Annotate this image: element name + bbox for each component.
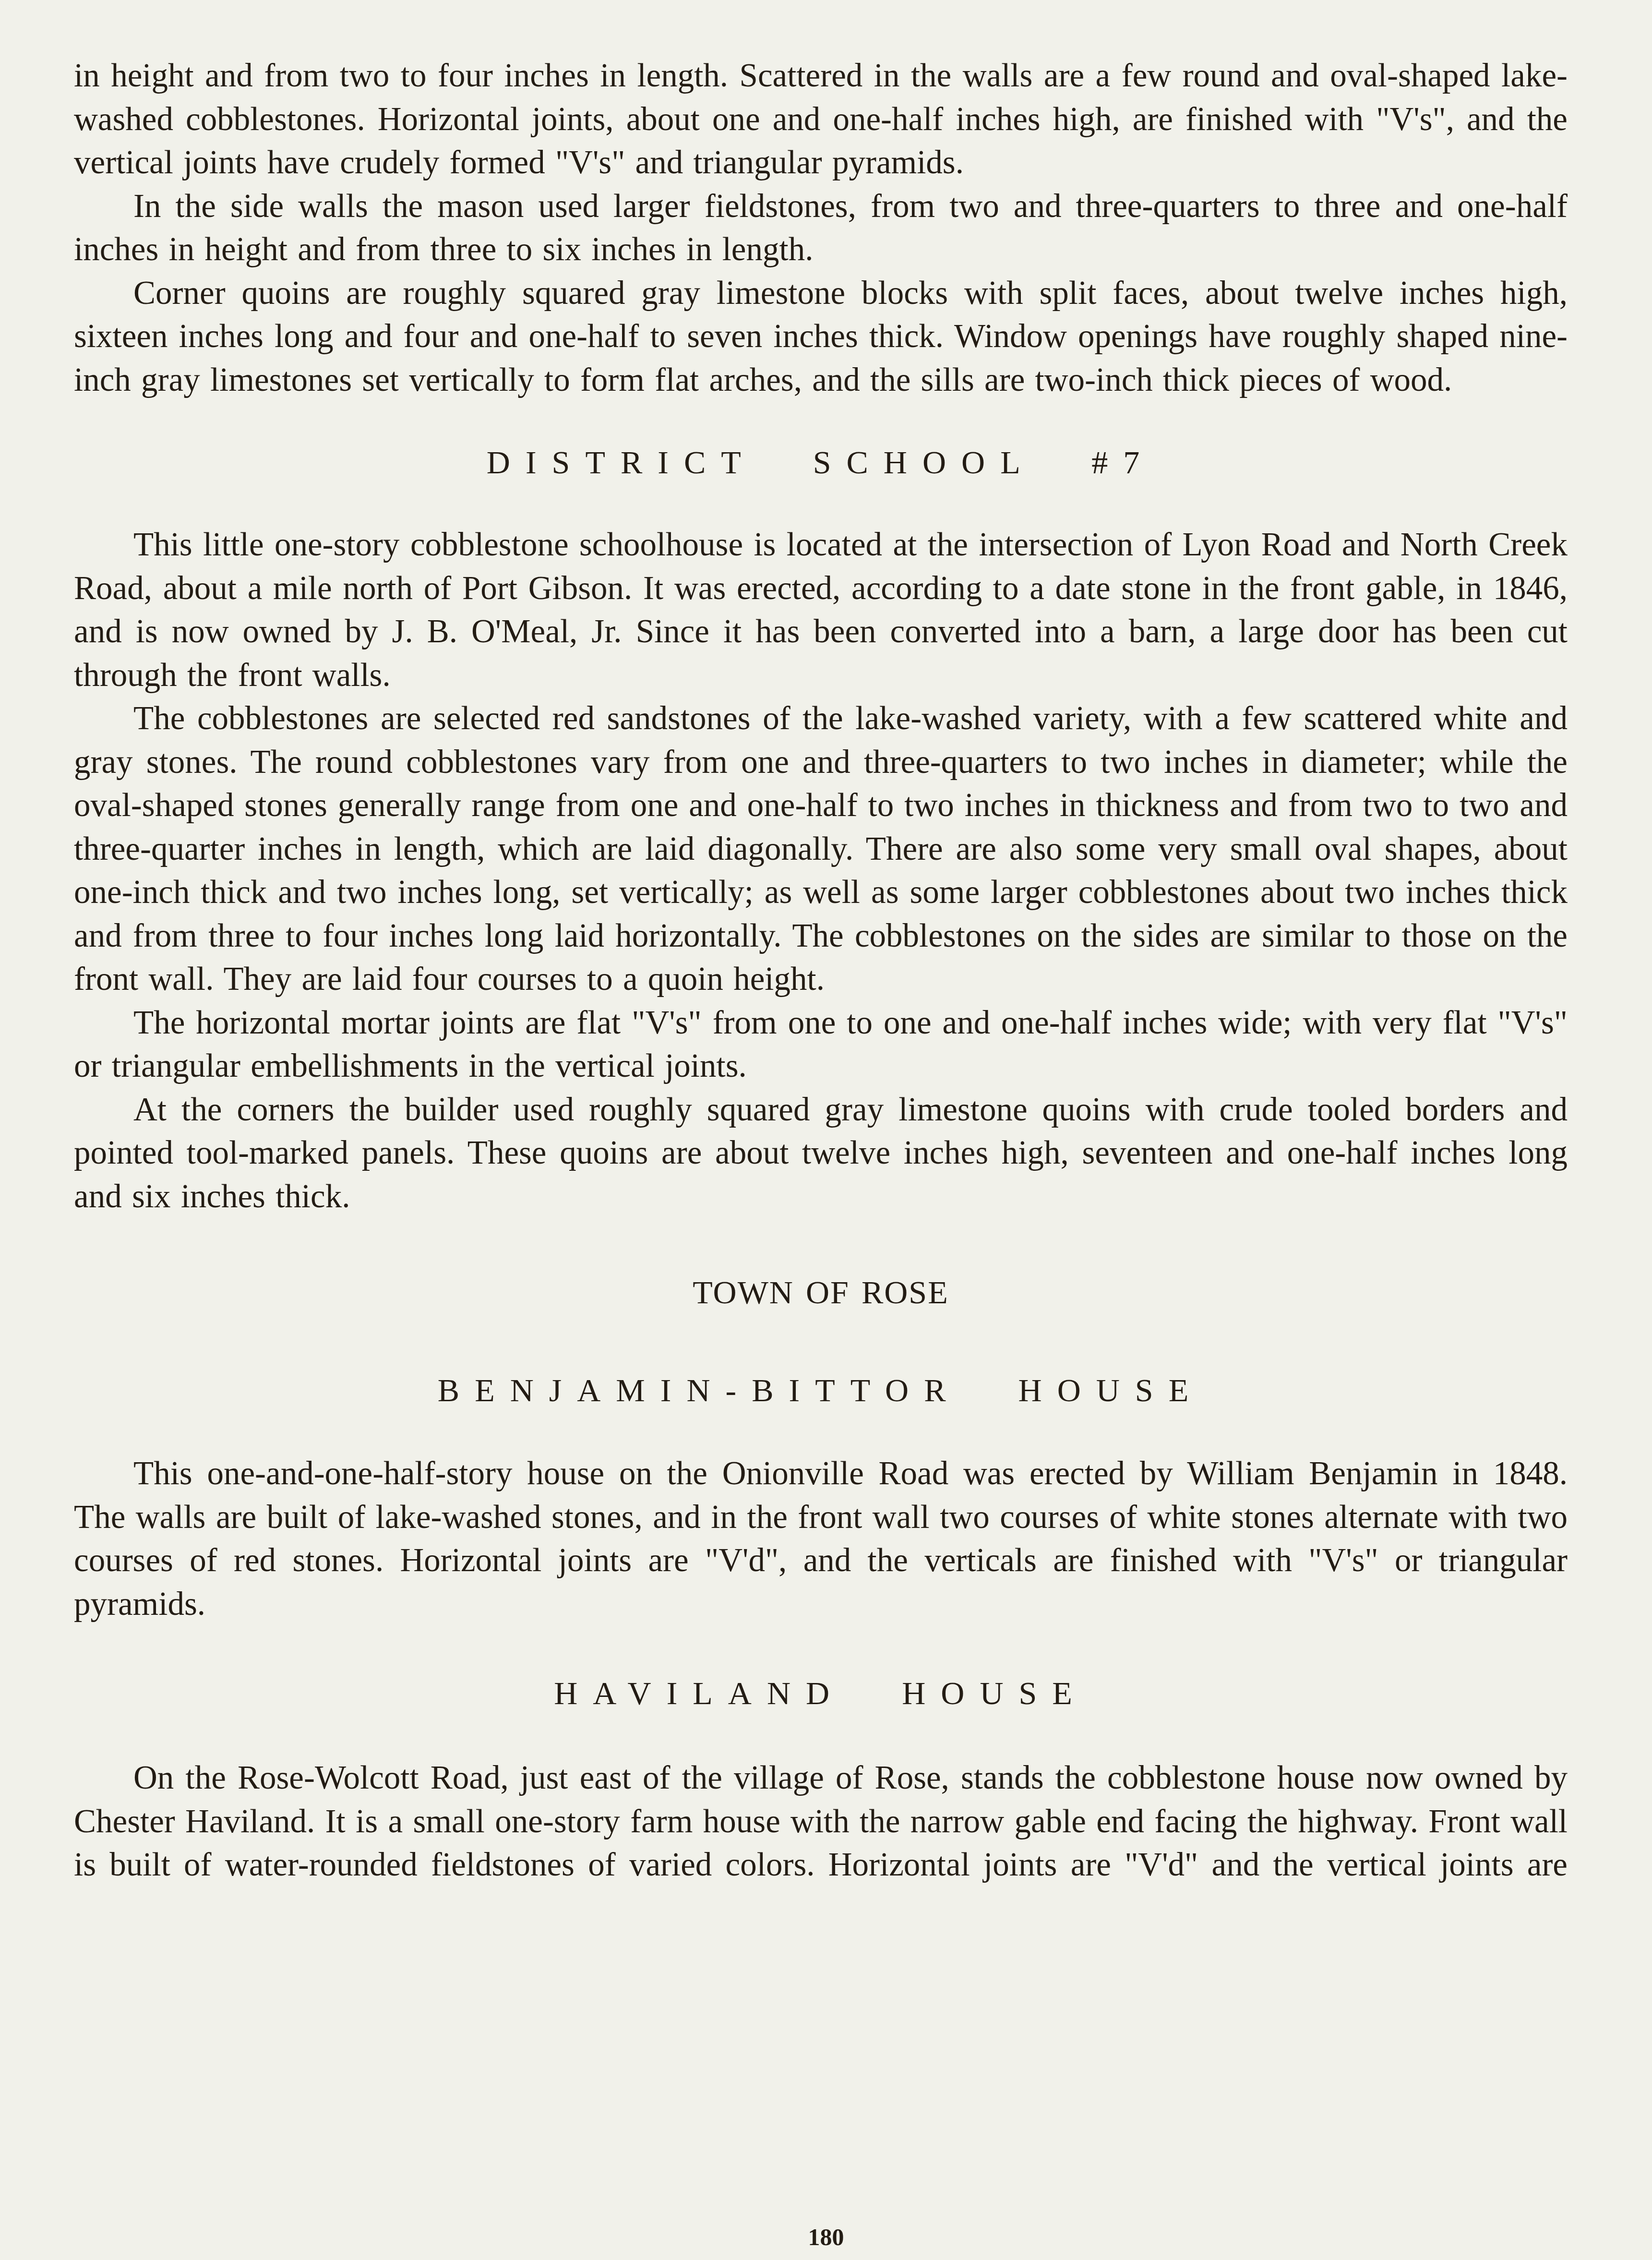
page-body: in height and from two to four inches in…	[74, 54, 1568, 1887]
paragraph-corner-quoins: Corner quoins are roughly squared gray l…	[74, 271, 1568, 402]
paragraph-schoolhouse-location: This little one-story cobblestone school…	[74, 523, 1568, 697]
paragraph-cobblestones: The cobblestones are selected red sandst…	[74, 697, 1568, 1001]
heading-haviland-house: HAVILAND HOUSE	[74, 1671, 1568, 1715]
heading-benjamin-bittor-house: BENJAMIN-BITTOR HOUSE	[74, 1369, 1568, 1412]
heading-town-of-rose: TOWN OF ROSE	[74, 1271, 1568, 1314]
paragraph-continuation-walls: in height and from two to four inches in…	[74, 54, 1568, 184]
heading-district-school-7: DISTRICT SCHOOL #7	[74, 441, 1568, 484]
paragraph-school-quoins: At the corners the builder used roughly …	[74, 1088, 1568, 1218]
paragraph-haviland: On the Rose-Wolcott Road, just east of t…	[74, 1756, 1568, 1887]
paragraph-mortar-joints: The horizontal mortar joints are flat "V…	[74, 1001, 1568, 1088]
paragraph-side-walls: In the side walls the mason used larger …	[74, 184, 1568, 271]
page-number: 180	[0, 2223, 1652, 2251]
paragraph-benjamin-bittor: This one-and-one-half-story house on the…	[74, 1452, 1568, 1625]
